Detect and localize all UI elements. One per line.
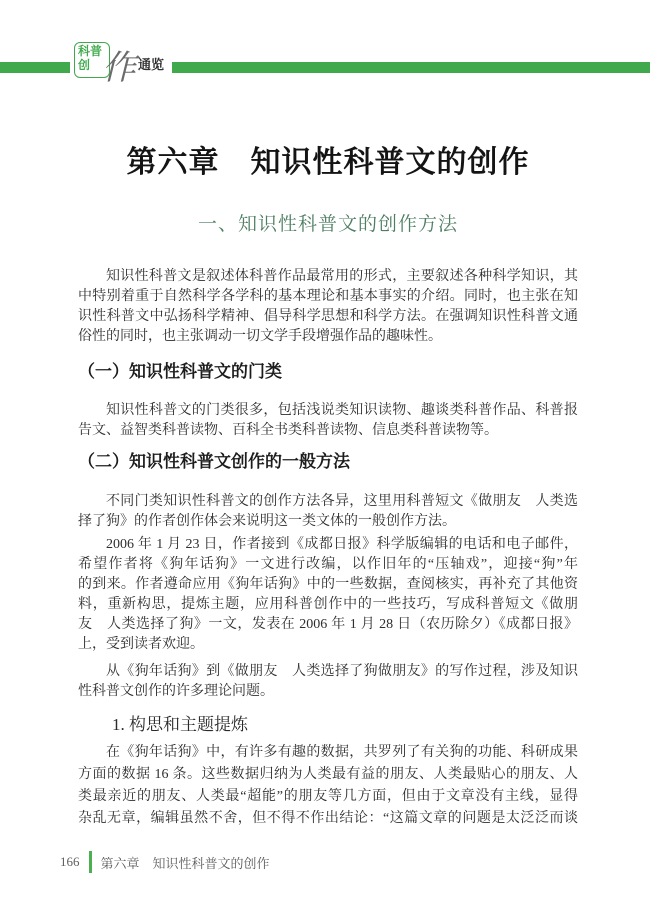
body-line: 2006 年 1 月 23 日，作者接到《成都日报》科学版编辑的电话和电子邮件， bbox=[78, 535, 578, 555]
body-line: 知识性科普文的门类很多，包括浅说类知识读物、趣谈类科普作品、科普报 bbox=[78, 401, 578, 421]
subsection-heading-1: （一）知识性科普文的门类 bbox=[78, 360, 578, 384]
body-line: 的到来。作者遵命应用《狗年话狗》中的一些数据，查阅核实，再补充了其他资 bbox=[78, 575, 578, 595]
body-line: 俗性的同时，也主张调动一切文学手段增强作品的趣味性。 bbox=[78, 327, 578, 347]
logo-text-tonglan: 通览 bbox=[138, 54, 164, 73]
text-column: 第六章 知识性科普文的创作 一、知识性科普文的创作方法 知识性科普文是叙述体科普… bbox=[78, 0, 578, 830]
chapter-title: 第六章 知识性科普文的创作 bbox=[78, 144, 578, 182]
body-line: 友 人类选择了狗》一文，发表在 2006 年 1 月 28 日（农历除夕）《成都… bbox=[78, 615, 578, 635]
logo-script-zuo: 作 bbox=[102, 52, 136, 86]
paragraph-data: 在《狗年话狗》中，有许多有趣的数据，共罗列了有关狗的功能、科研成果 方面的数据 … bbox=[78, 742, 578, 830]
body-line: 希望作者将《狗年话狗》一文进行改编，以作旧年的“压轴戏”，迎接“狗”年 bbox=[78, 555, 578, 575]
footer-green-divider bbox=[89, 851, 92, 873]
body-line: 不同门类知识性科普文的创作方法各异，这里用科普短文《做朋友 人类选 bbox=[78, 492, 578, 512]
paragraph-method-intro: 不同门类知识性科普文的创作方法各异，这里用科普短文《做朋友 人类选 择了狗》的作… bbox=[78, 492, 578, 532]
page-number: 166 bbox=[60, 854, 80, 870]
running-title: 第六章 知识性科普文的创作 bbox=[101, 853, 270, 872]
body-line: 识性科普文中弘扬科学精神、倡导科学思想和科学方法。在强调知识性科普文通 bbox=[78, 307, 578, 327]
paragraph-summary: 从《狗年话狗》到《做朋友 人类选择了狗做朋友》的写作过程，涉及知识 性科普文创作… bbox=[78, 662, 578, 702]
body-line: 从《狗年话狗》到《做朋友 人类选择了狗做朋友》的写作过程，涉及知识 bbox=[78, 662, 578, 682]
page-footer: 166 第六章 知识性科普文的创作 bbox=[60, 851, 270, 873]
paragraph-categories: 知识性科普文的门类很多，包括浅说类知识读物、趣谈类科普作品、科普报 告文、益智类… bbox=[78, 401, 578, 441]
body-line: 在《狗年话狗》中，有许多有趣的数据，共罗列了有关狗的功能、科研成果 bbox=[78, 742, 578, 764]
body-line: 告文、益智类科普读物、百科全书类科普读物、信息类科普读物等。 bbox=[78, 421, 578, 441]
paragraph-intro: 知识性科普文是叙述体科普作品最常用的形式，主要叙述各种科学知识，其 中特别着重于… bbox=[78, 267, 578, 347]
body-line: 知识性科普文是叙述体科普作品最常用的形式，主要叙述各种科学知识，其 bbox=[78, 267, 578, 287]
book-logo: 科普 创 作 通览 bbox=[70, 40, 172, 92]
body-line: 方面的数据 16 条。这些数据归纳为人类最有益的朋友、人类最贴心的朋友、人 bbox=[78, 764, 578, 786]
body-line: 性科普文创作的许多理论问题。 bbox=[78, 682, 578, 702]
numbered-heading: 1. 构思和主题提炼 bbox=[78, 712, 578, 738]
book-page: 科普 创 作 通览 第六章 知识性科普文的创作 一、知识性科普文的创作方法 知识… bbox=[0, 0, 650, 907]
body-line: 上，受到读者欢迎。 bbox=[78, 635, 578, 655]
body-line: 类最亲近的朋友、人类最“超能”的朋友等几方面，但由于文章没有主线，显得 bbox=[78, 786, 578, 808]
body-line: 中特别着重于自然科学各学科的基本理论和基本事实的介绍。同时，也主张在知 bbox=[78, 287, 578, 307]
section-title: 一、知识性科普文的创作方法 bbox=[78, 212, 578, 238]
subsection-heading-2: （二）知识性科普文创作的一般方法 bbox=[78, 450, 578, 474]
body-line: 杂乱无章，编辑虽然不舍，但不得不作出结论：“这篇文章的问题是太泛泛而谈 bbox=[78, 808, 578, 830]
body-line: 料，重新构思，提炼主题，应用科普创作中的一些技巧，写成科普短文《做朋 bbox=[78, 595, 578, 615]
paragraph-story: 2006 年 1 月 23 日，作者接到《成都日报》科学版编辑的电话和电子邮件，… bbox=[78, 535, 578, 655]
body-line: 择了狗》的作者创作体会来说明这一类文体的一般创作方法。 bbox=[78, 512, 578, 532]
